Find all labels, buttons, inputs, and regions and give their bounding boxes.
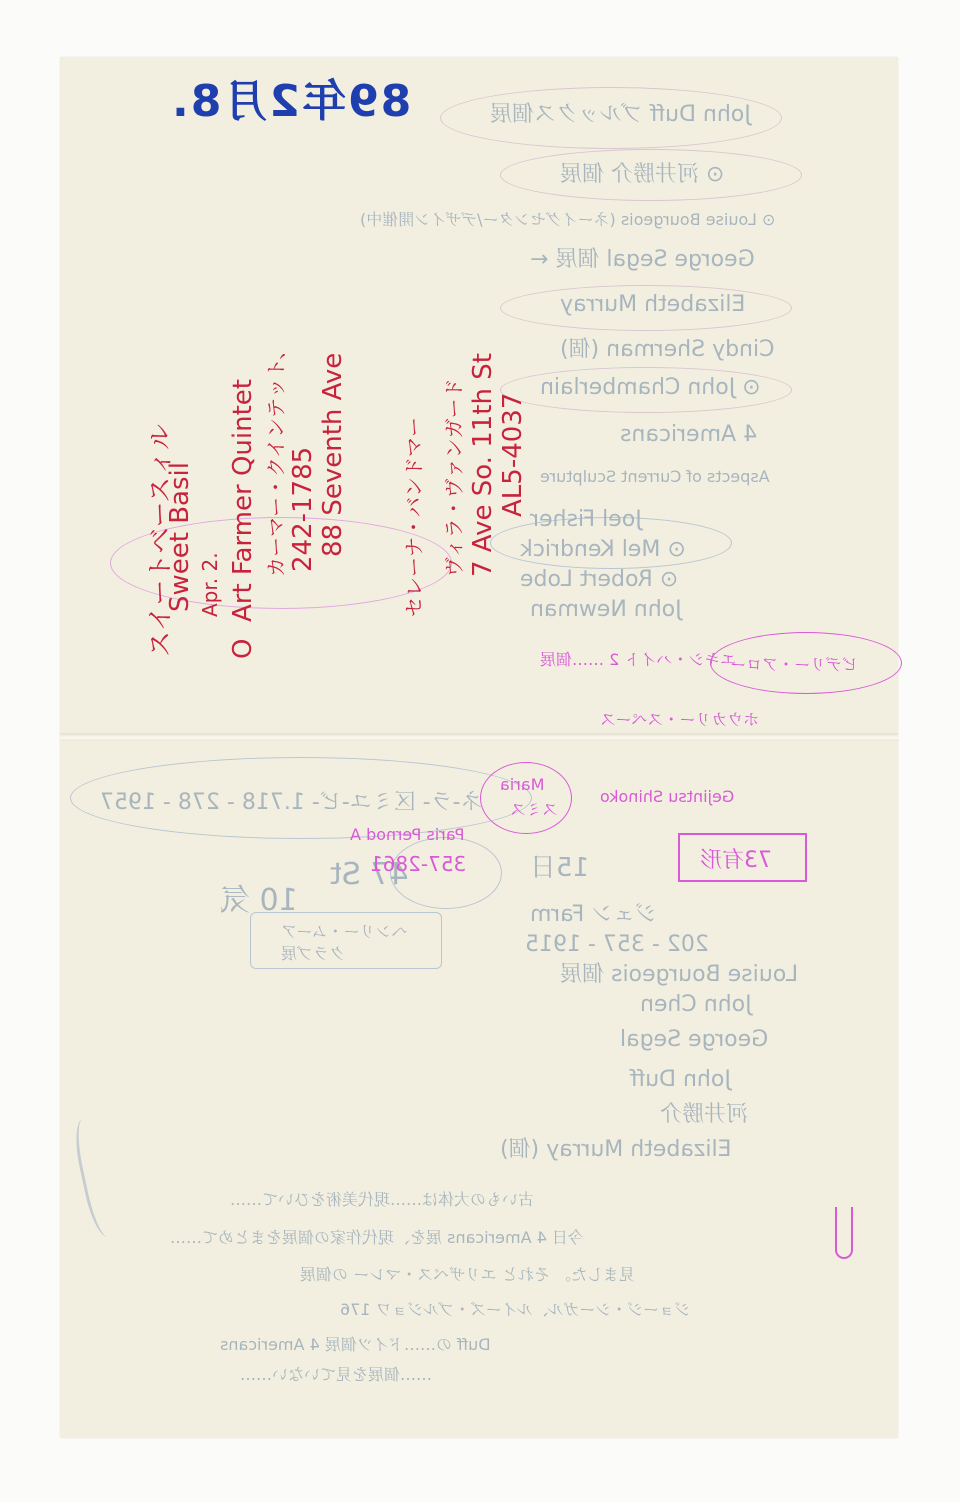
- mirrored-date-title: 89年2月8.: [170, 65, 411, 129]
- pencil-paragraph-line: 見ました。 それと エリザベス・マレー の個展: [300, 1262, 635, 1285]
- pink-note: Gejintsu Shinoko: [600, 787, 734, 806]
- red-note-katakana: セレーナ・バンドマー: [398, 417, 427, 617]
- pink-note: ビデリー・アロー: [730, 652, 858, 675]
- pink-note: ホウカリー・スペース: [600, 707, 759, 730]
- pencil-line: George Segal 個展 ←: [530, 242, 755, 273]
- pencil-line: George Segal: [620, 1027, 768, 1052]
- red-note-address: 88 Seventh Ave: [318, 353, 348, 557]
- pencil-line: ⊙ Mel Kendrick: [520, 537, 686, 562]
- pencil-line: Joel Fisher: [530, 507, 642, 532]
- pencil-line: Aspects of Current Sculpture: [540, 467, 770, 486]
- pink-note: 73有形: [700, 843, 772, 874]
- red-note-band: Art Farmer Quintet: [228, 379, 258, 622]
- pink-note: 357-2861: [370, 852, 466, 876]
- pencil-line: ジェン Farm: [530, 897, 657, 928]
- red-note-date: Apr. 2.: [198, 552, 222, 617]
- pencil-line: Louise Bourgeois 個展: [560, 957, 798, 988]
- pencil-paragraph-line: Duff の……ドイツ個展 4 Americans: [220, 1332, 491, 1355]
- pencil-line: John Duff ブルックス個展: [490, 97, 751, 128]
- paper-sheet: 89年2月8. John Duff ブルックス個展 ⊙ 河井勝介 個展 ⊙ Lo…: [60, 57, 898, 1438]
- red-note-phone: 242-1785: [288, 447, 318, 572]
- pencil-line: ⊙ Louise Bourgeois (ネーイグセンター/デザイン開催中): [360, 207, 775, 230]
- pink-note: Maria: [500, 775, 544, 794]
- red-note-vanguard-phone: AL5-4037: [498, 393, 528, 517]
- pencil-line: 15日: [530, 847, 589, 884]
- pink-note: スミス: [510, 797, 558, 820]
- pencil-line: John Newman: [530, 597, 682, 622]
- paper-fold: [60, 733, 898, 741]
- red-note-circle: O: [228, 639, 258, 659]
- pencil-line: John Duff: [630, 1067, 731, 1092]
- red-note-band-katakana: カーマー・クインテット、: [260, 340, 289, 577]
- pencil-line: Elizabeth Murray: [560, 292, 745, 317]
- pink-u-mark: [835, 1207, 853, 1259]
- pencil-line: ネ-ラ- 区ミユ-ビ- 1.718 - 278 - 1957: [100, 785, 483, 816]
- pencil-line: ⊙ Robert Lobe: [520, 567, 678, 592]
- pencil-paragraph-line: ……個展を見ていない……: [240, 1362, 432, 1385]
- pencil-paragraph-line: ジョージ・シーガル、ルイーズ・ブルジョワ 176: [340, 1297, 690, 1320]
- pencil-box: ヘンリー・ムーア クラブ展: [250, 912, 442, 969]
- pencil-line: ヘンリー・ムーア: [281, 919, 407, 942]
- pencil-line: Elizabeth Murray (個): [500, 1132, 732, 1163]
- red-note-sweet-basil: Sweet Basil: [165, 462, 195, 612]
- red-note-vanguard-address: 7 Ave So. 11th St: [468, 353, 498, 577]
- pink-note: Paris Pernod A: [350, 825, 465, 844]
- pencil-scribble: [70, 1115, 127, 1239]
- pencil-line: クラブ展: [281, 941, 345, 964]
- pencil-line: John Chen: [640, 992, 752, 1017]
- pencil-line: Cindy Sherman (個): [560, 332, 775, 363]
- pencil-line: 202 - 357 - 1915: [525, 932, 709, 957]
- pencil-paragraph-line: 今日 4 Americans 展を、現代作家の個展をまとめて……: [170, 1225, 584, 1248]
- pencil-paragraph-line: 古いもの大体は……現代美術をひいて……: [230, 1187, 534, 1210]
- pencil-line: ⊙ John Chamberlain: [540, 375, 761, 400]
- pencil-line: ⊙ 河井勝介 個展: [560, 157, 724, 188]
- pink-note: エキシ・ハイト 2 ……個展: [540, 647, 736, 670]
- red-note-village-vanguard: ヴィラ・ヴァンガード: [438, 378, 467, 577]
- pencil-line: 河井勝介: [660, 1097, 748, 1128]
- pencil-line: 4 Americans: [620, 422, 757, 447]
